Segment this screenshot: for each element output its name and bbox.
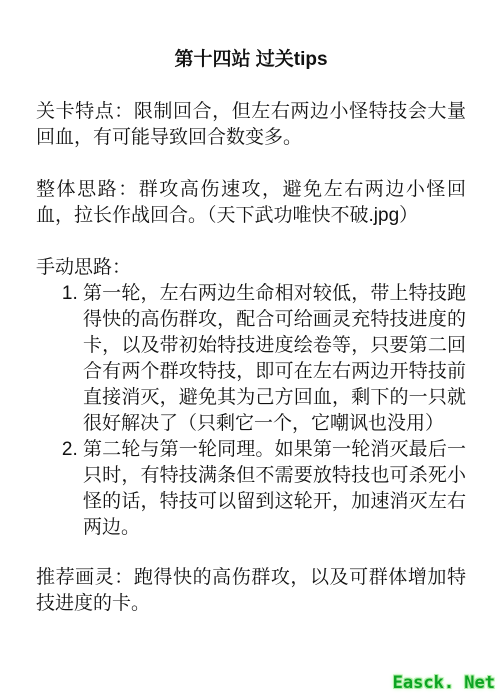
list-item-step-1: 第一轮，左右两边生命相对较低，带上特技跑得快的高伤群攻，配合可给画灵充特技进度的… (83, 281, 466, 437)
document-page: 第十四站 过关tips 关卡特点：限制回合，但左右两边小怪特技会大量回血，有可能… (0, 0, 500, 698)
paragraph-recommendation: 推荐画灵：跑得快的高伤群攻，以及可群体增加特技进度的卡。 (36, 565, 466, 617)
paragraph-overall-idea: 整体思路：群攻高伤速攻，避免左右两边小怪回血，拉长作战回合。（天下武功唯快不破.… (36, 177, 466, 229)
manual-heading: 手动思路： (36, 255, 466, 281)
list-item-step-2: 第二轮与第一轮同理。如果第一轮消灭最后一只时，有特技满条但不需要放特技也可杀死小… (83, 437, 466, 541)
manual-steps-list: 第一轮，左右两边生命相对较低，带上特技跑得快的高伤群攻，配合可给画灵充特技进度的… (36, 281, 466, 541)
watermark: Easck. Net (393, 672, 495, 694)
page-title: 第十四站 过关tips (36, 47, 466, 73)
section-manual: 手动思路： 第一轮，左右两边生命相对较低，带上特技跑得快的高伤群攻，配合可给画灵… (36, 255, 466, 541)
paragraph-level-feature: 关卡特点：限制回合，但左右两边小怪特技会大量回血，有可能导致回合数变多。 (36, 99, 466, 151)
